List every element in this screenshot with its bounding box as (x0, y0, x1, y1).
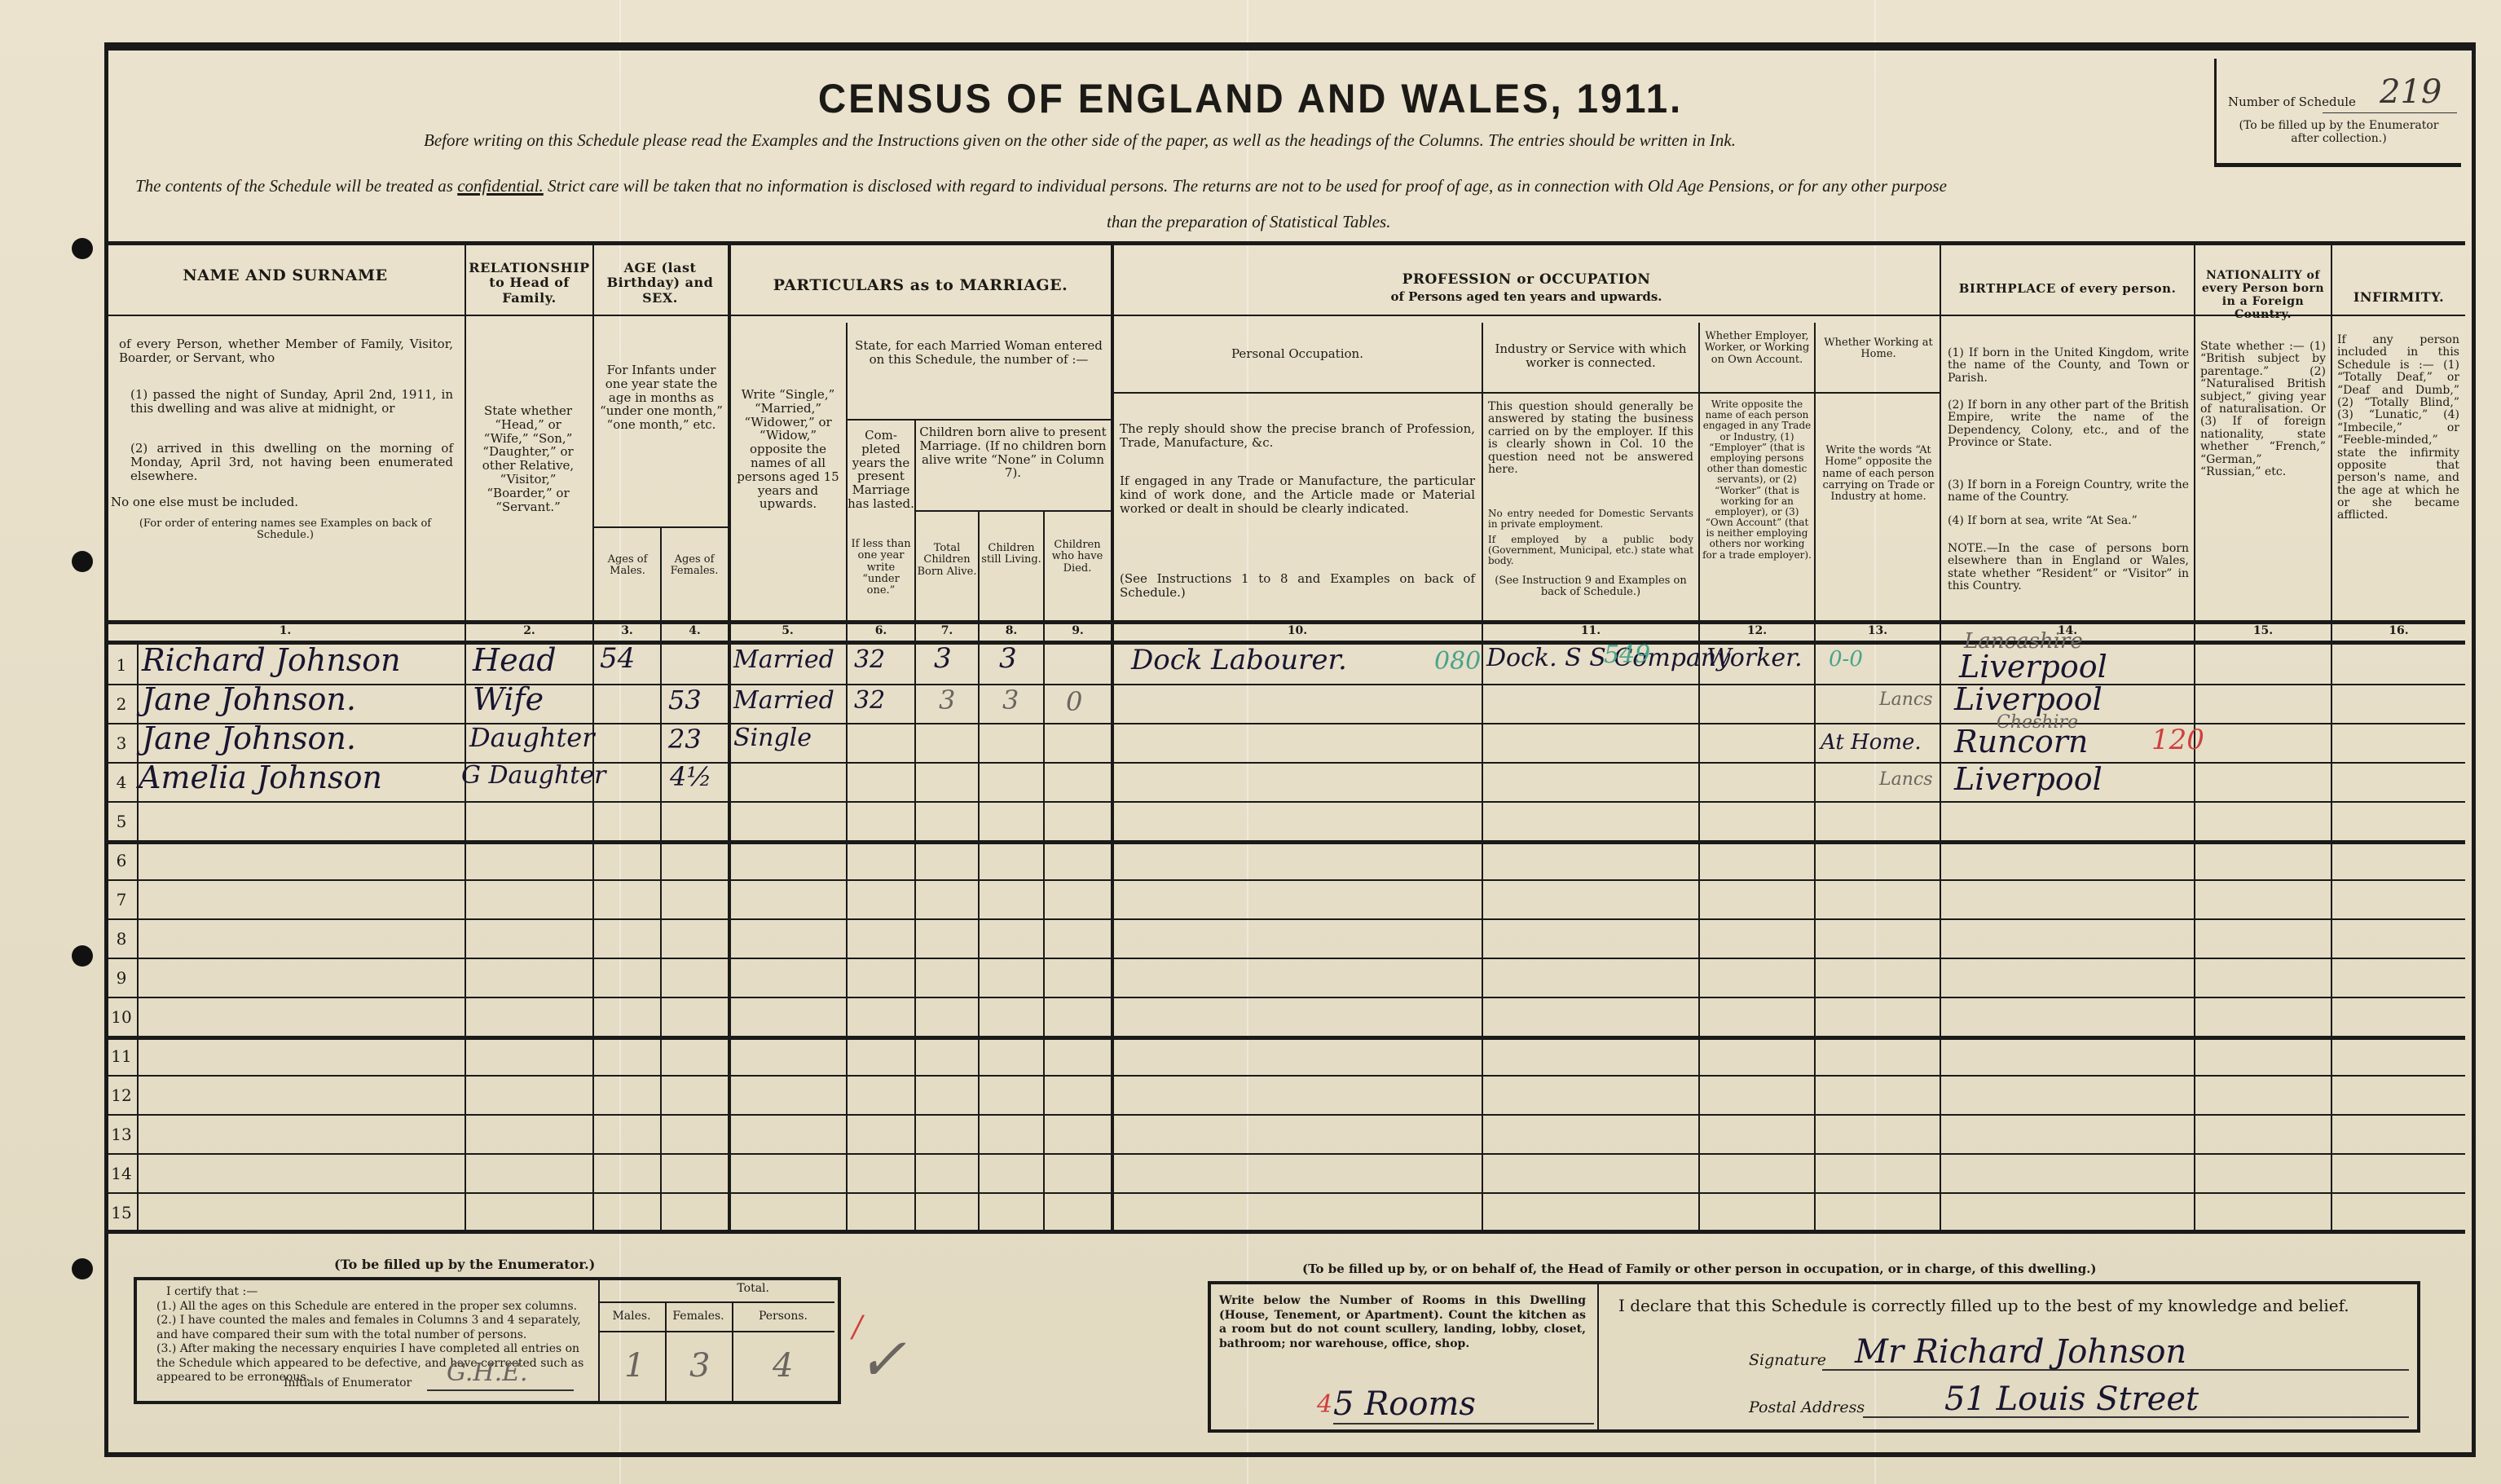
total-males: 1 (624, 1347, 645, 1385)
punch-hole (72, 1258, 93, 1279)
cell-relationship: G Daughter (461, 761, 605, 790)
page-title: CENSUS OF ENGLAND AND WALES, 1911. (63, 75, 2439, 122)
row-number: 12 (109, 1085, 134, 1105)
enumerator-initials: G.H.E. (447, 1358, 528, 1387)
schedule-number-note: (To be filled up by the Enumerator after… (2225, 119, 2453, 145)
cell-at-home: At Home. (1821, 730, 1922, 755)
signature-label: Signature (1749, 1351, 1826, 1371)
cell-children-born: 3 (934, 642, 952, 675)
initials-label: Initials of Enumerator (284, 1376, 412, 1391)
cell-children-living: 3 (1002, 685, 1019, 716)
cell-age-male: 54 (600, 642, 635, 675)
row-number: 4 (109, 773, 134, 792)
cell-birthplace: Liverpool (1954, 761, 2103, 797)
cell-occupation-code: 080 (1434, 647, 1481, 676)
cell-age-female: 23 (668, 724, 702, 755)
check-mark-icon: ✓ (857, 1325, 906, 1394)
row-number: 3 (109, 733, 134, 753)
address-value: 51 Louis Street (1944, 1381, 2199, 1418)
householder-box: Write below the Number of Rooms in this … (1208, 1281, 2420, 1433)
row-number: 8 (109, 929, 134, 949)
header-birthplace: BIRTHPLACE of every person. (1941, 282, 2194, 296)
cell-relationship: Wife (473, 681, 544, 717)
cell-children-living: 3 (999, 642, 1017, 675)
row-number: 2 (109, 694, 134, 714)
total-persons: 4 (773, 1347, 793, 1385)
row-number: 14 (109, 1164, 134, 1183)
row-number: 13 (109, 1125, 134, 1144)
householder-caption: (To be filled up by, or on behalf of, th… (1302, 1262, 2097, 1276)
census-page: CENSUS OF ENGLAND AND WALES, 1911. Befor… (0, 0, 2501, 1484)
schedule-number-label: Number of Schedule (2228, 95, 2356, 109)
confidential-word: confidential. (457, 176, 544, 196)
cell-name: Amelia Johnson (139, 760, 382, 795)
row-number: 7 (109, 890, 134, 909)
cell-industry-code: 549 (1604, 641, 1650, 669)
row-number: 11 (109, 1046, 134, 1066)
confidential-line: The contents of the Schedule will be tre… (135, 176, 1947, 196)
signature-value: Mr Richard Johnson (1855, 1333, 2186, 1371)
cell-relationship: Daughter (469, 722, 595, 753)
cell-county-note: Lancs (1879, 769, 1933, 790)
cell-name: Jane Johnson. (142, 720, 356, 756)
cell-status-code: 0-0 (1829, 647, 1863, 672)
cell-years-married: 32 (854, 645, 885, 674)
cell-status: Worker. (1706, 644, 1803, 672)
header-infirmity: INFIRMITY. (2332, 290, 2465, 305)
row-number: 9 (109, 968, 134, 988)
cell-birthplace: Liverpool (1959, 649, 2107, 685)
cell-birthplace: Runcorn (1954, 724, 2088, 760)
address-label: Postal Address (1749, 1398, 1865, 1418)
cell-name: Richard Johnson (142, 642, 401, 678)
row-number: 5 (109, 812, 134, 831)
cell-age-female: 53 (668, 685, 702, 716)
cell-condition: Married (733, 686, 834, 715)
rooms-correction: 4 (1317, 1390, 1332, 1419)
punch-hole (72, 238, 93, 259)
cell-age-female: 4½ (670, 761, 711, 792)
header-profession: PROFESSION or OCCUPATION (1113, 272, 1940, 288)
row-number: 6 (109, 851, 134, 870)
cell-relationship: Head (473, 642, 557, 678)
schedule-number-box: Number of Schedule 219 (To be filled up … (2214, 59, 2461, 167)
cell-county-note: Lancs (1879, 689, 1933, 710)
cell-children-died: 0 (1066, 686, 1082, 717)
punch-hole (72, 945, 93, 967)
row-number: 10 (109, 1007, 134, 1027)
punch-hole (72, 551, 93, 572)
confidential-line-2: than the preparation of Statistical Tabl… (1107, 212, 1390, 232)
total-females: 3 (689, 1347, 710, 1385)
row-number: 15 (109, 1203, 134, 1222)
row-number: 1 (109, 655, 134, 675)
header-nationality: NATIONALITY of every Person born in a Fo… (2195, 269, 2331, 321)
header-age: AGE (last Birthday) and SEX. (595, 261, 725, 306)
cell-occupation: Dock Labourer. (1131, 644, 1347, 676)
census-table: NAME AND SURNAME of every Person, whethe… (106, 241, 2465, 1231)
declaration: I declare that this Schedule is correctl… (1618, 1296, 2349, 1316)
rooms-value: 5 Rooms (1333, 1385, 1476, 1423)
header-relationship: RELATIONSHIP to Head of Family. (466, 261, 592, 306)
cell-children-born: 3 (939, 685, 955, 716)
rooms-instruction: Write below the Number of Rooms in this … (1219, 1294, 1586, 1351)
cell-name: Jane Johnson. (142, 681, 356, 717)
schedule-number-value: 219 (2380, 73, 2442, 111)
enumerator-box: I certify that :— (1.) All the ages on t… (134, 1277, 841, 1404)
header-marriage: PARTICULARS as to MARRIAGE. (730, 277, 1111, 295)
cell-condition: Single (733, 724, 812, 752)
enumerator-caption: (To be filled up by the Enumerator.) (334, 1257, 595, 1272)
header-name: NAME AND SURNAME (106, 267, 465, 285)
instruction-line: Before writing on this Schedule please r… (424, 130, 1736, 151)
cell-condition: Married (733, 645, 834, 674)
cell-years-married: 32 (854, 686, 885, 715)
cell-birthplace-code: 120 (2151, 724, 2204, 756)
